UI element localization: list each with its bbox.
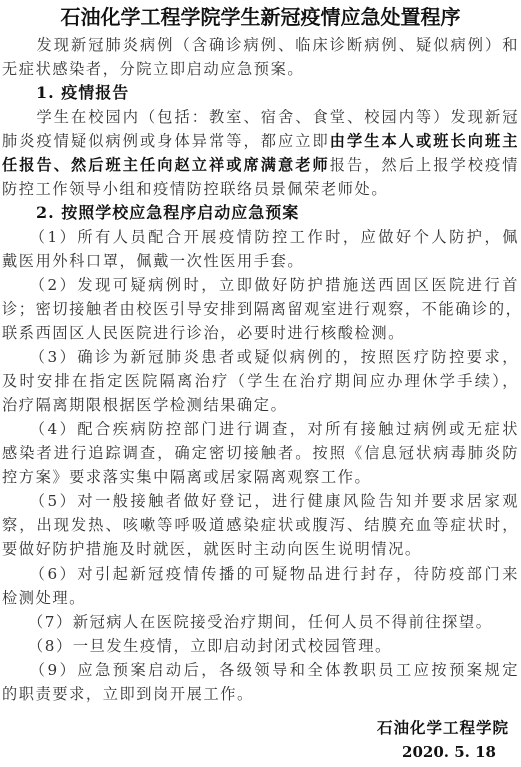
item-line: （8）一旦发生疫情，立即启动封闭式校园管理。 bbox=[2, 634, 519, 658]
section-heading-report: 1. 疫情报告 bbox=[36, 81, 129, 105]
item-line: 的职责要求，立即到岗开展工作。 bbox=[2, 682, 519, 706]
paragraph-line: 防控工作领导小组和疫情防控联络员景佩荣老师处。 bbox=[2, 177, 519, 201]
normal-text: 肺炎疫情疑似病例或身体异常等，都应立即 bbox=[2, 132, 330, 150]
item-line: 控方案》要求落实集中隔离或居家隔离观察工作。 bbox=[2, 465, 519, 489]
item-line: 要做好防护措施及时就医，就医时主动向医生说明情况。 bbox=[2, 537, 519, 561]
item-line: （3）确诊为新冠肺炎患者或疑似病例的，按照医疗防控要求， bbox=[2, 345, 519, 369]
paragraph-line: 肺炎疫情疑似病例或身体异常等，都应立即由学生本人或班长向班主 bbox=[2, 129, 519, 153]
item-line: 感染者进行追踪调查，确定密切接触者。按照《信息冠状病毒肺炎防 bbox=[2, 441, 519, 465]
item-line: 联系西固区人民医院进行诊治，必要时进行核酸检测。 bbox=[2, 321, 519, 345]
item-line: （5）对一般接触者做好登记，进行健康风险告知并要求居家观 bbox=[2, 489, 519, 513]
intro-line: 无症状感染者，分院立即启动应急预案。 bbox=[2, 57, 519, 81]
item-line: （2）发现可疑病例时，立即做好防护措施送西固区医院进行首 bbox=[2, 273, 519, 297]
signature-date: 2020. 5. 18 bbox=[402, 743, 496, 761]
emphasis-text: 由学生本人或班长向班主 bbox=[330, 132, 519, 150]
item-line: （1）所有人员配合开展疫情防控工作时，应做好个人防护，佩 bbox=[2, 225, 519, 249]
item-line: 戴医用外科口罩，佩戴一次性医用手套。 bbox=[2, 249, 519, 273]
paragraph-line: 任报告、然后班主任向赵立祥或席满意老师报告，然后上报学校疫情 bbox=[2, 153, 519, 177]
document-title: 石油化学工程学院学生新冠疫情应急处置程序 bbox=[0, 4, 521, 30]
item-line: （7）新冠病人在医院接受治疗期间，任何人员不得前往探望。 bbox=[2, 610, 519, 634]
item-line: （9）应急预案启动后，各级领导和全体教职员工应按预案规定 bbox=[2, 658, 519, 682]
item-line: （4）配合疾病防控部门进行调查，对所有接触过病例或无症状 bbox=[2, 417, 519, 441]
item-line: 及时安排在指定医院隔离治疗（学生在治疗期间应办理休学手续）， bbox=[2, 369, 519, 393]
intro-line: 发现新冠肺炎病例（含确诊病例、临床诊断病例、疑似病例）和 bbox=[2, 33, 519, 57]
item-line: 诊；密切接触者由校医引导安排到隔离留观室进行观察，不能确诊的， bbox=[2, 297, 519, 321]
normal-text: 报告，然后上报学校疫情 bbox=[330, 156, 519, 174]
item-line: 治疗隔离期限根据医学检测结果确定。 bbox=[2, 393, 519, 417]
emphasis-text: 任报告、然后班主任向赵立祥或席满意老师 bbox=[2, 156, 330, 174]
item-line: 检测处理。 bbox=[2, 586, 519, 610]
section-heading-plan: 2. 按照学校应急程序启动应急预案 bbox=[36, 201, 299, 225]
signature-org: 石油化学工程学院 bbox=[377, 716, 509, 738]
item-line: （6）对引起新冠疫情传播的可疑物品进行封存，待防疫部门来 bbox=[2, 562, 519, 586]
paragraph-line: 学生在校园内（包括：教室、宿舍、食堂、校园内等）发现新冠 bbox=[2, 105, 519, 129]
item-line: 察，出现发热、咳嗽等呼吸道感染症状或腹泻、结膜充血等症状时， bbox=[2, 513, 519, 537]
